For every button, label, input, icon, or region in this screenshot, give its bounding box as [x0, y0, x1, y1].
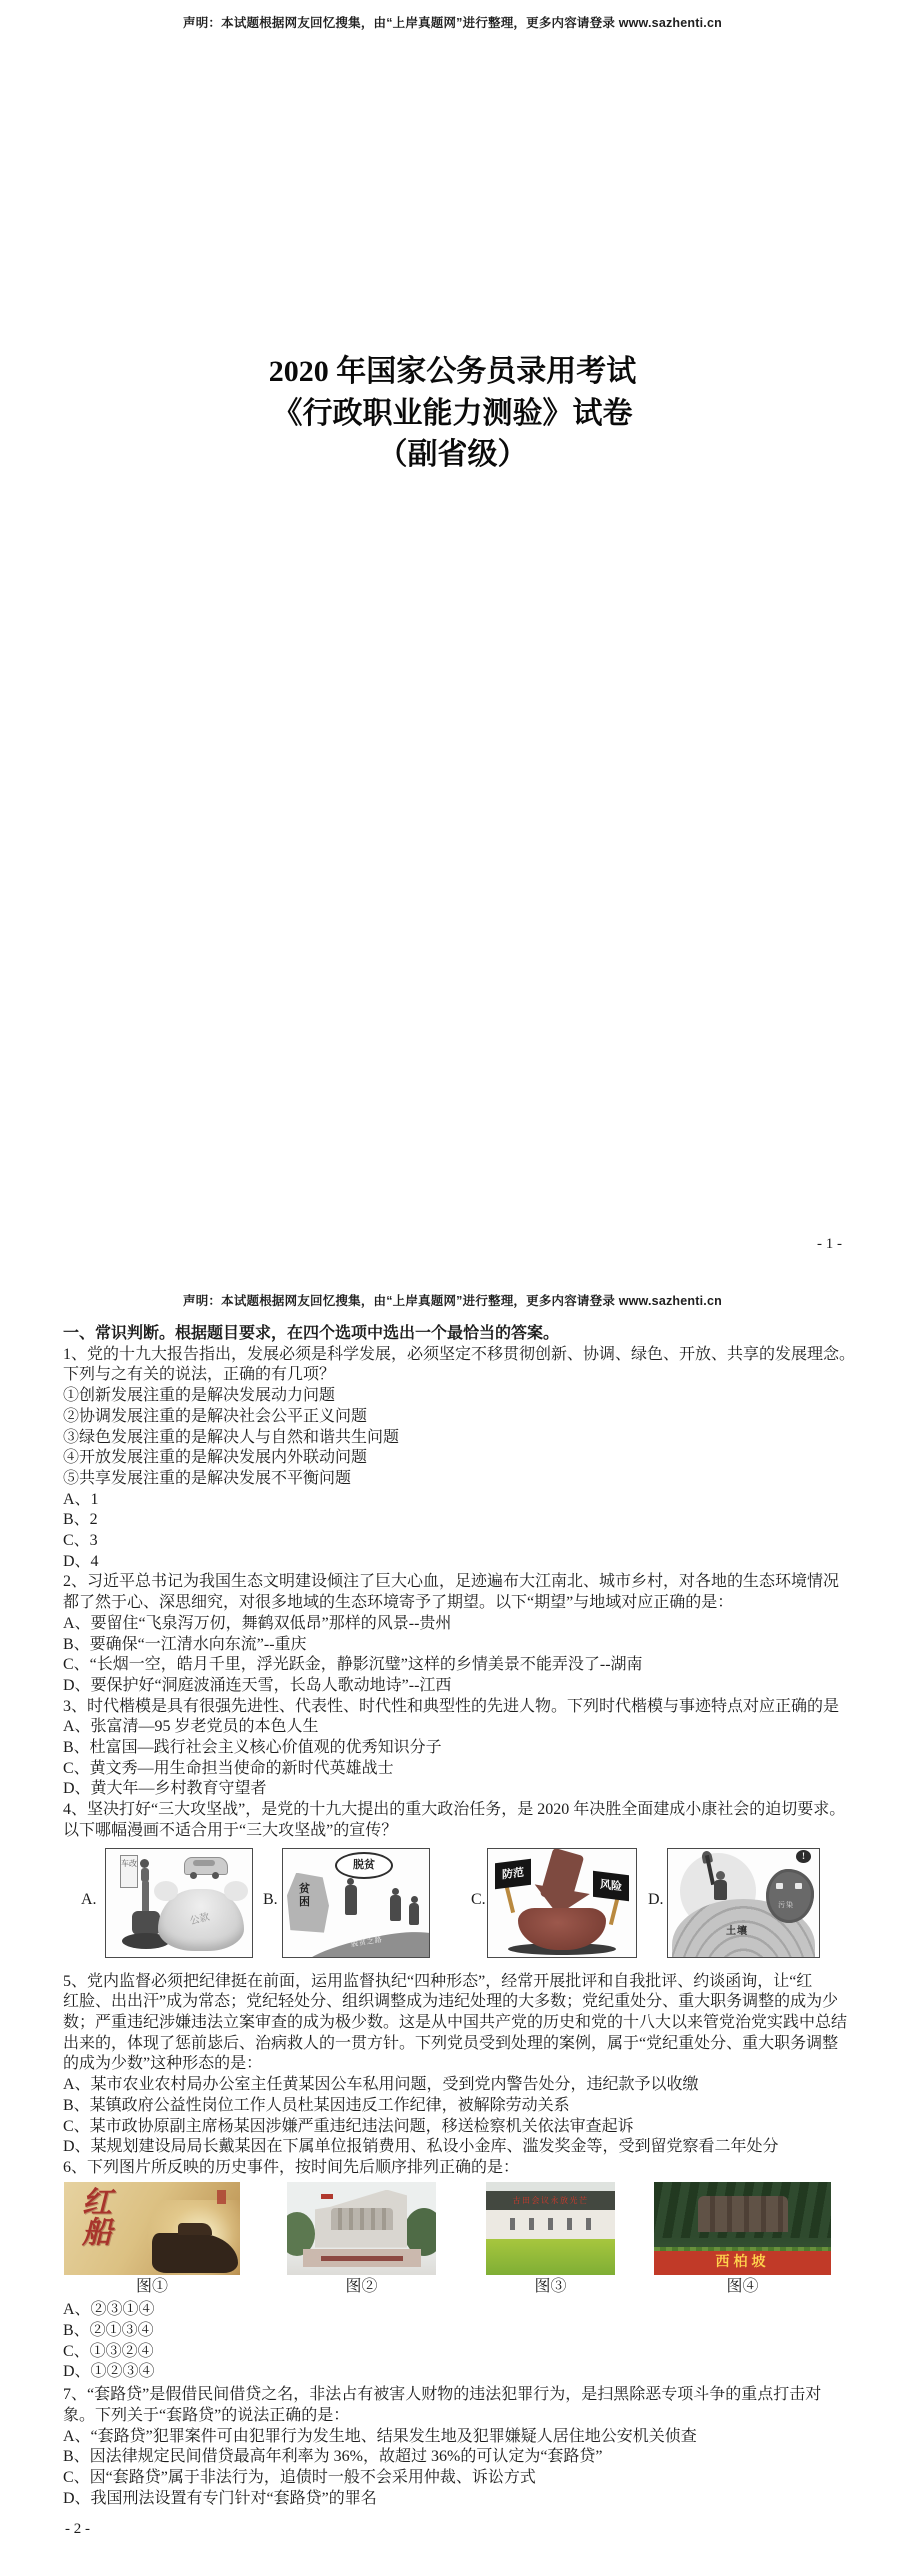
monument-red-mark	[321, 2194, 333, 2199]
option-line: D、4	[63, 1552, 853, 1573]
cartoon-b-poverty-relief: 脱贫 贫困 脱贫之路	[282, 1848, 430, 1958]
blob-eye	[776, 1883, 783, 1889]
photo-red-boat: 红船	[64, 2182, 240, 2275]
text-line: 5、党内监督必须把纪律挺在前面，运用监督执纪“四种形态”，经常开展批评和自我批评…	[63, 1972, 853, 1993]
option-line: B、②①③④	[63, 2321, 853, 2342]
text-line: ④开放发展注重的是解决发展内外联动问题	[63, 1448, 853, 1469]
figure-icon	[345, 1885, 357, 1915]
text-line: 都了然于心、深思细究，对很多地域的生态环境寄予了期望。以下“期望”与地域对应正确…	[63, 1593, 853, 1614]
speech-bubble: 脱贫	[335, 1852, 393, 1879]
text-line: 的成为少数”这种形态的是：	[63, 2054, 853, 2075]
option-line: D、某规划建设局局长戴某因在下属单位报销费用、私设小金库、滥发奖金等，受到留党察…	[63, 2137, 853, 2158]
option-line: A、②③①④	[63, 2300, 853, 2321]
cartoon-a-public-funds: 车改 公款	[105, 1848, 253, 1958]
statue-group	[331, 2208, 393, 2230]
cartoon-label-c: C.	[471, 1890, 486, 1911]
cartoon-label-d: D.	[648, 1890, 664, 1911]
title-line-2: 《行政职业能力测验》试卷	[0, 393, 905, 435]
disclaimer-header-page2: 声明：本试题根据网友回忆搜集，由“上岸真题网”进行整理，更多内容请登录 www.…	[0, 1291, 905, 1309]
wall-strip	[486, 2210, 615, 2239]
text-line: 6、下列图片所反映的历史事件，按时间先后顺序排列正确的是：	[63, 2158, 853, 2179]
pollution-label: 污染	[778, 1895, 794, 1916]
pole-shape	[142, 1881, 149, 1915]
figure-icon	[140, 1859, 149, 1868]
option-line: A、“套路贷”犯罪案件可由犯罪行为发生地、结果发生地及犯罪嫌疑人居住地公安机关侦…	[63, 2427, 853, 2448]
option-line: A、要留住“飞泉泻万仞，舞鹤双低昂”那样的风景--贵州	[63, 1614, 853, 1635]
text-line: ②协调发展注重的是解决社会公平正义问题	[63, 1407, 853, 1428]
photo-caption-3: 图③	[486, 2277, 615, 2298]
disclaimer-header-page1: 声明：本试题根据网友回忆搜集，由“上岸真题网”进行整理，更多内容请登录 www.…	[0, 13, 905, 31]
q6-options: A、②③①④ B、②①③④ C、①③②④ D、①②③④	[63, 2300, 853, 2383]
blob-eye	[795, 1883, 802, 1889]
option-line: B、因法律规定民间借贷最高年利率为 36%，故超过 36%的可认定为“套路贷”	[63, 2447, 853, 2468]
option-line: C、因“套路贷”属于非法行为，追债时一般不会采用仲裁、诉讼方式	[63, 2468, 853, 2489]
photo-caption-4: 图④	[654, 2277, 831, 2298]
statue-group	[698, 2196, 788, 2232]
q6-caption-row: 图① 图② 图③ 图④	[63, 2277, 853, 2298]
figure-icon	[409, 1903, 419, 1925]
red-boat-calligraphy: 红船	[76, 2186, 110, 2246]
exam-title: 2020 年国家公务员录用考试 《行政职业能力测验》试卷 （副省级）	[0, 351, 905, 476]
text-line: 7、“套路贷”是假借民间借贷之名，非法占有被害人财物的违法犯罪行为，是扫黑除恶专…	[63, 2385, 853, 2406]
figure-icon	[390, 1895, 401, 1921]
sign-risk-label: 风险	[593, 1870, 629, 1900]
text-line: 下列与之有关的说法，正确的有几项？	[63, 1365, 853, 1386]
title-line-3: （副省级）	[0, 434, 905, 476]
option-line: B、杜富国—践行社会主义核心价值观的优秀知识分子	[63, 1738, 853, 1759]
stamp-shape	[132, 1911, 160, 1935]
option-line: B、2	[63, 1510, 853, 1531]
flag-label: 车改	[120, 1855, 138, 1888]
photo-caption-1: 图①	[64, 2277, 240, 2298]
option-line: C、①③②④	[63, 2342, 853, 2363]
sign-stick	[609, 1898, 619, 1924]
title-line-1: 2020 年国家公务员录用考试	[0, 351, 905, 393]
text-line: 1、党的十九大报告指出，发展必须是科学发展，必须坚定不移贯彻创新、协调、绿色、开…	[63, 1345, 853, 1366]
cartoon-d-soil-pollution: 土壤 污染 !	[667, 1848, 820, 1958]
option-line: B、要确保“一江清水向东流”--重庆	[63, 1635, 853, 1656]
section-heading: 一、常识判断。根据题目要求，在四个选项中选出一个最恰当的答案。	[63, 1324, 853, 1345]
text-line: 2、习近平总书记为我国生态文明建设倾注了巨大心血，足迹遍布大江南北、城市乡村，对…	[63, 1572, 853, 1593]
text-line: 4、坚决打好“三大攻坚战”，是党的十九大提出的重大政治任务，是 2020 年决胜…	[63, 1800, 853, 1821]
photo-caption-2: 图②	[287, 2277, 436, 2298]
cartoon-label-a: A.	[81, 1890, 97, 1911]
cartoon-label-b: B.	[263, 1890, 278, 1911]
option-line: A、张富清—95 岁老党员的本色人生	[63, 1717, 853, 1738]
text-line: ⑤共享发展注重的是解决发展不平衡问题	[63, 1469, 853, 1490]
sky-strip	[486, 2182, 615, 2191]
flower-bed-sign: 西柏坡	[654, 2251, 831, 2275]
text-line: 象。下列关于“套路贷”的说法正确的是：	[63, 2406, 853, 2427]
figure-icon	[716, 1871, 725, 1880]
text-line: 红脸、出出汗”成为常态；党纪轻处分、组织调整成为违纪处理的大多数；党纪重处分、重…	[63, 1992, 853, 2013]
seal-mark	[217, 2190, 226, 2204]
text-line: 以下哪幅漫画不适合用于“三大攻坚战”的宣传？	[63, 1821, 853, 1842]
option-line: A、某市农业农村局办公室主任黄某因公车私用问题，受到党内警告处分，违纪款予以收缴	[63, 2075, 853, 2096]
soil-label: 土壤	[726, 1922, 748, 1943]
text-line: 出来的，体现了惩前毖后、治病救人的一贯方针。下列党员受到处理的案例，属于“党纪重…	[63, 2034, 853, 2055]
sign-prevent-label: 防范	[495, 1858, 531, 1888]
cartoon-c-risk-prevention: 防范 风险	[487, 1848, 637, 1958]
figure-body	[714, 1880, 727, 1900]
car-icon	[184, 1857, 228, 1875]
q6-photo-row: 红船 古田会议永放光芒 西柏坡	[63, 2182, 853, 2275]
option-line: B、某镇政府公益性岗位工作人员杜某因违反工作纪律，被解除劳动关系	[63, 2096, 853, 2117]
exam-document-page: { "disclaimer": "声明：本试题根据网友回忆搜集，由“上岸真题网”…	[0, 0, 905, 2560]
monument-base	[303, 2249, 421, 2267]
roof-slogan: 古田会议永放光芒	[486, 2191, 615, 2210]
sign-stick	[505, 1886, 515, 1912]
option-line: C、黄文秀—用生命担当使命的新时代英雄战士	[63, 1759, 853, 1780]
page-number-1: - 1 -	[817, 1236, 842, 1253]
option-line: D、①②③④	[63, 2362, 853, 2383]
photo-monument	[287, 2182, 436, 2275]
base-inscription-band	[321, 2256, 403, 2261]
pollution-blob-shape: 污染	[766, 1869, 814, 1923]
option-line: D、要保护好“洞庭波涌连天雪，长岛人歌动地诗”--江西	[63, 1676, 853, 1697]
page-number-2: - 2 -	[65, 2521, 90, 2538]
option-line: A、1	[63, 1490, 853, 1511]
page2-content: 一、常识判断。根据题目要求，在四个选项中选出一个最恰当的答案。 1、党的十九大报…	[63, 1324, 853, 2509]
q4-cartoon-row: A. 车改 公款 B. 脱贫 贫困 脱贫之路 C.	[63, 1848, 853, 1958]
option-line: D、黄大年—乡村教育守望者	[63, 1779, 853, 1800]
exclamation-bubble: !	[796, 1850, 811, 1863]
rock-label: 贫困	[299, 1883, 312, 1909]
text-line: 3、时代楷模是具有很强先进性、代表性、时代性和典型性的先进人物。下列时代楷模与事…	[63, 1697, 853, 1718]
option-line: D、我国刑法设置有专门针对“套路贷”的罪名	[63, 2489, 853, 2510]
option-line: C、某市政协原副主席杨某因涉嫌严重违纪违法问题，移送检察机关依法审查起诉	[63, 2117, 853, 2138]
option-line: C、3	[63, 1531, 853, 1552]
option-line: C、“长烟一空，皓月千里，浮光跃金，静影沉璧”这样的乡情美景不能弄没了--湖南	[63, 1655, 853, 1676]
photo-xibaipo: 西柏坡	[654, 2182, 831, 2275]
q7-block: 7、“套路贷”是假借民间借贷之名，非法占有被害人财物的违法犯罪行为，是扫黑除恶专…	[63, 2385, 853, 2509]
green-field	[486, 2239, 615, 2275]
text-line: ①创新发展注重的是解决发展动力问题	[63, 1386, 853, 1407]
text-line: ③绿色发展注重的是解决人与自然和谐共生问题	[63, 1428, 853, 1449]
photo-gutian-meeting-site: 古田会议永放光芒	[486, 2182, 615, 2275]
text-line: 数；严重违纪涉嫌违法立案审查的成为极少数。这是从中国共产党的历史和党的十八大以来…	[63, 2013, 853, 2034]
